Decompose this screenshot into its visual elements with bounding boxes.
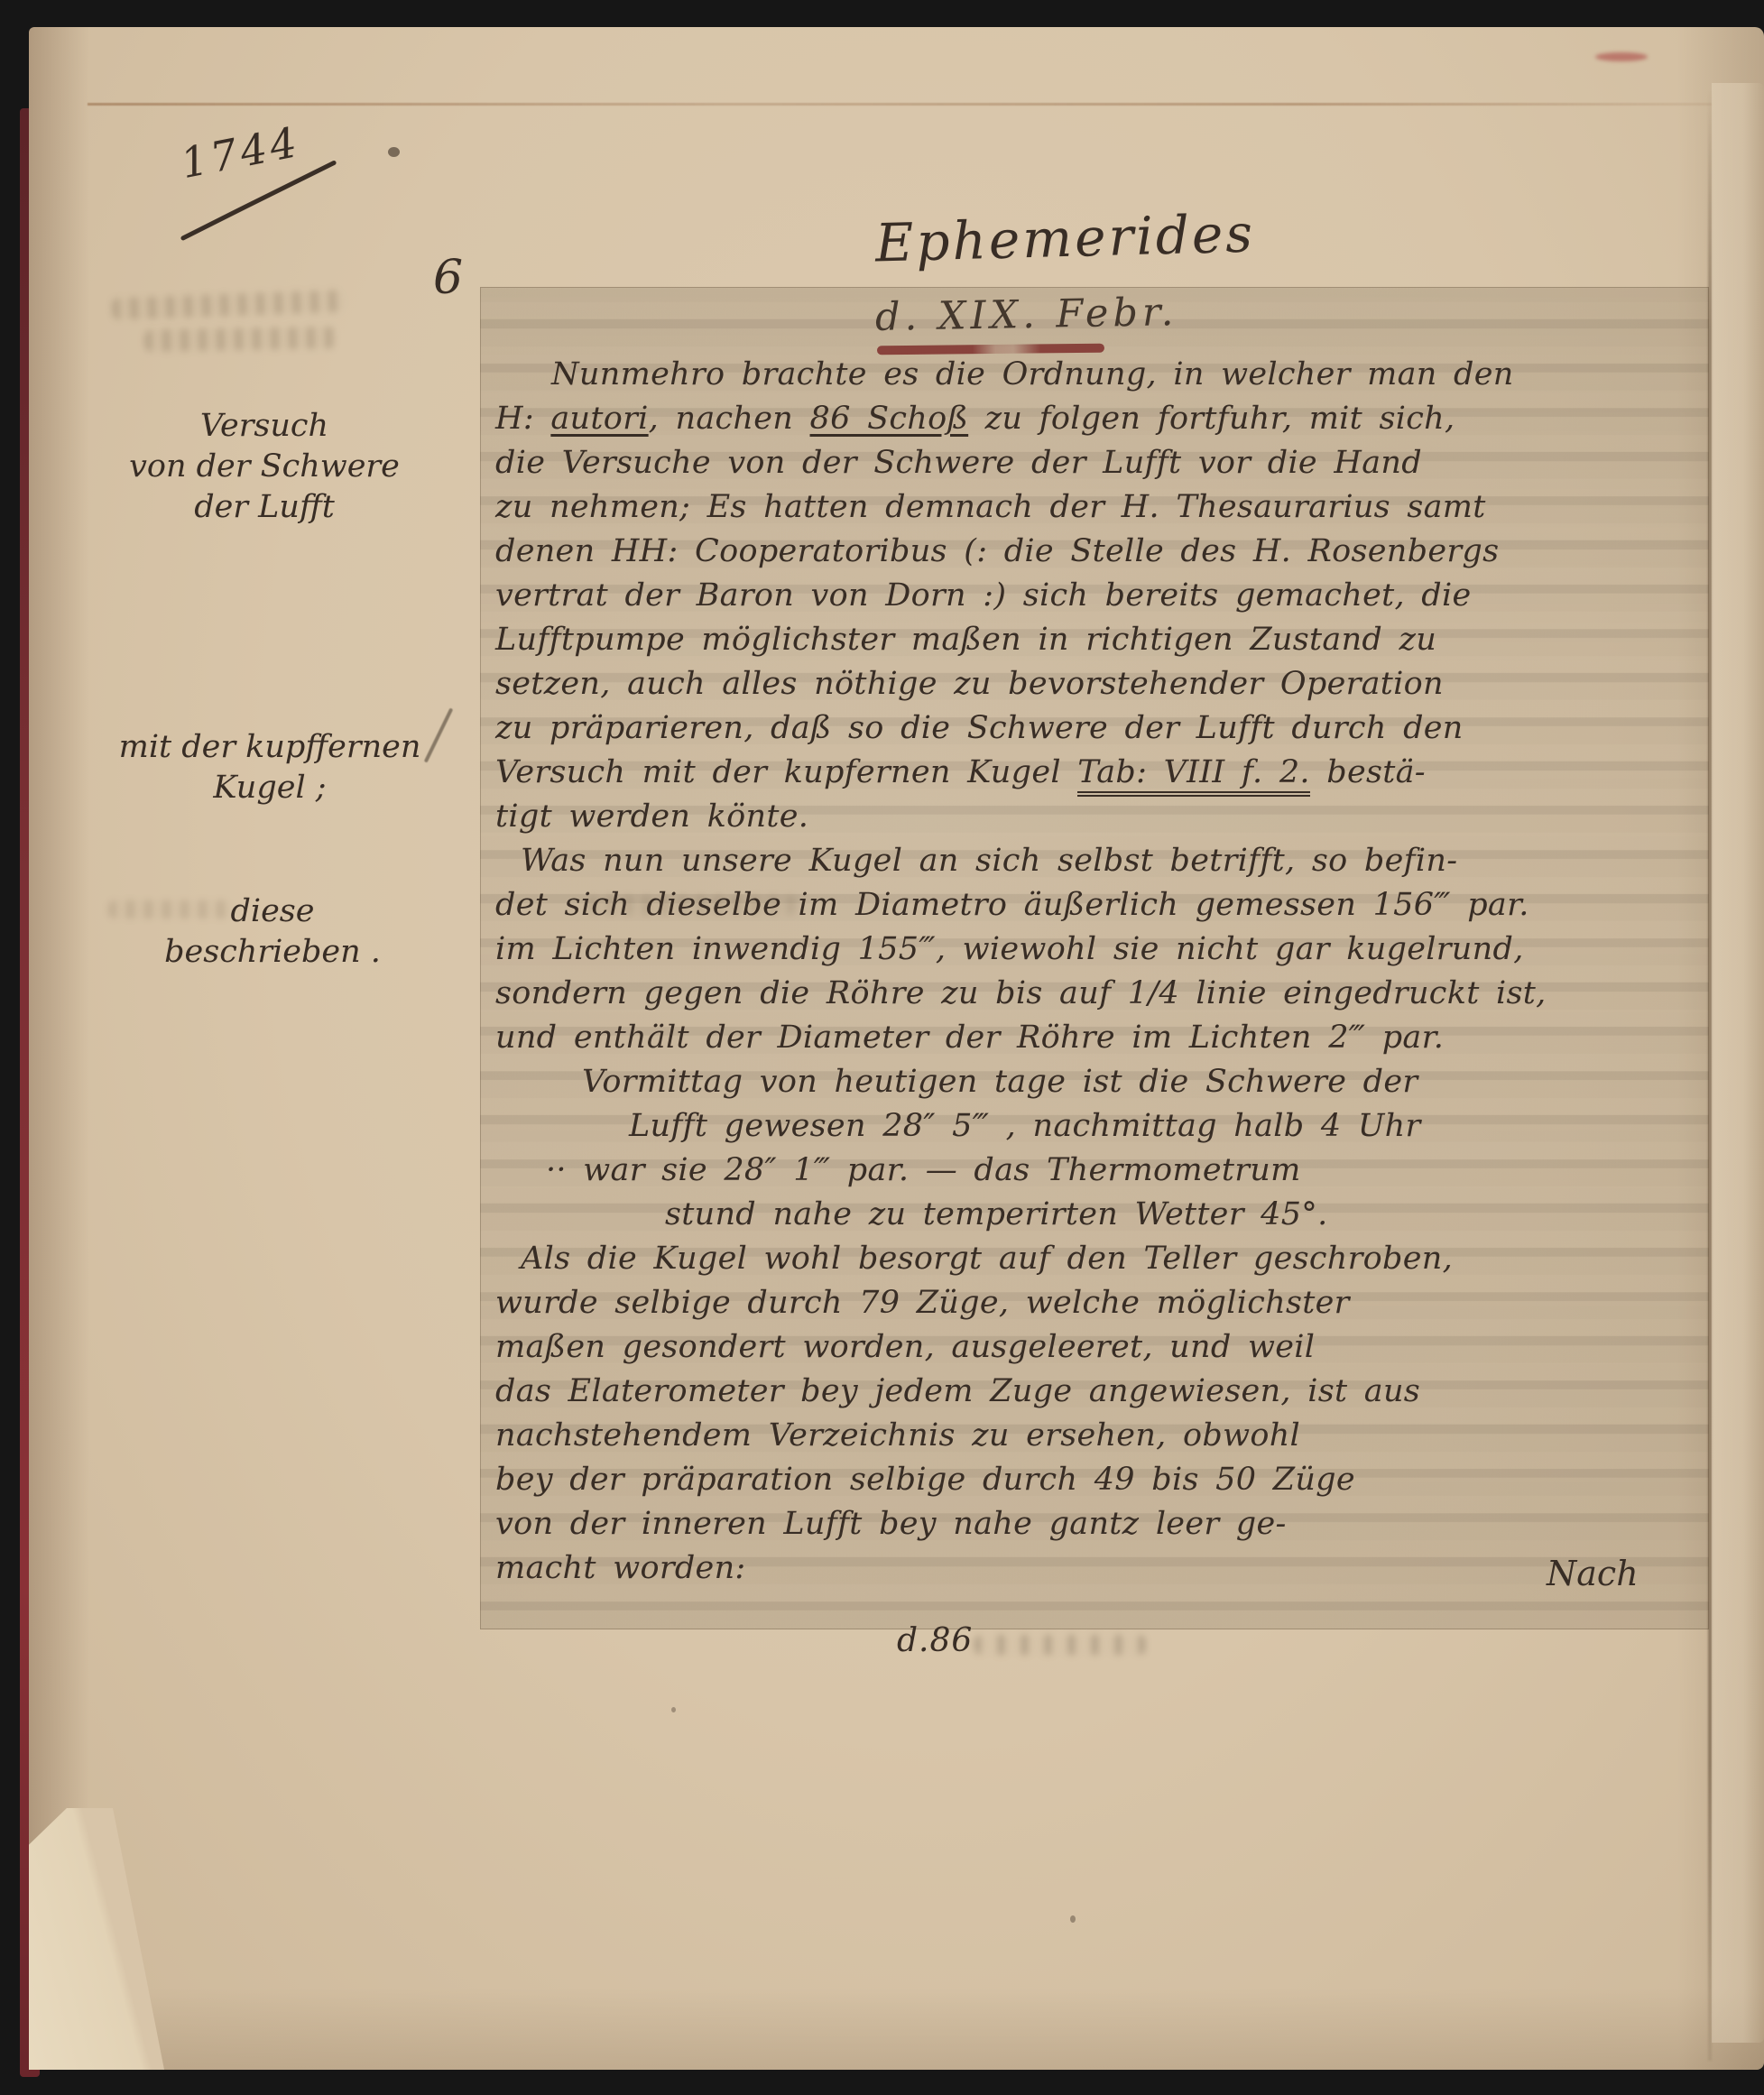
manuscript-line: wurde selbige durch 79 Züge, welche mögl…	[495, 1281, 1692, 1325]
bleedthrough-smudge	[112, 291, 346, 320]
manuscript-line: zu nehmen; Es hatten demnach der H. Thes…	[495, 485, 1692, 530]
margin-note-line: mit der kupffernen	[112, 727, 428, 768]
margin-note-line: Versuch	[115, 406, 413, 447]
text-segment: das Elaterometer bey jedem Zuge angewies…	[495, 1373, 1420, 1409]
text-segment: und enthält der Diameter der Röhre im Li…	[495, 1020, 1444, 1056]
text-segment: bestä-	[1310, 754, 1426, 790]
manuscript-line: tigt werden könte.	[495, 795, 1692, 839]
scanned-manuscript-photo: 1744 6 Ephemerides d. XIX. Febr. Versuch…	[0, 0, 1764, 2095]
margin-note-versuch: Versuchvon der Schwereder Lufft	[115, 406, 413, 528]
text-segment: Lufft gewesen 28″ 5‴ , nachmittag halb 4…	[629, 1108, 1421, 1144]
folio-number: 6	[433, 251, 463, 305]
underlined-phrase: 86 Schoß	[810, 401, 969, 437]
manuscript-line: det sich dieselbe im Diametro äußerlich …	[495, 883, 1692, 928]
bleedthrough-smudge	[974, 1635, 1146, 1655]
text-segment: Vormittag von heutigen tage ist die Schw…	[582, 1064, 1418, 1100]
text-segment: von der inneren Lufft bey nahe gantz lee…	[495, 1506, 1287, 1542]
text-segment: wurde selbige durch 79 Züge, welche mögl…	[495, 1285, 1350, 1321]
manuscript-line: maßen gesondert worden, ausgeleeret, und…	[495, 1325, 1692, 1370]
manuscript-line: nachstehendem Verzeichnis zu ersehen, ob…	[495, 1414, 1692, 1458]
manuscript-line: und enthält der Diameter der Röhre im Li…	[495, 1016, 1692, 1060]
manuscript-line: H: autori, nachen 86 Schoß zu folgen for…	[495, 397, 1692, 441]
margin-note-kugel: mit der kupffernenKugel ;	[112, 727, 428, 808]
text-segment: setzen, auch alles nöthige zu bevorstehe…	[495, 666, 1444, 702]
margin-note-beschrieben: diesebeschrieben .	[137, 891, 408, 973]
text-segment: zu präparieren, daß so die Schwere der L…	[495, 710, 1464, 746]
text-segment: vertrat der Baron von Dorn :) sich berei…	[495, 577, 1472, 614]
text-segment: det sich dieselbe im Diametro äußerlich …	[495, 887, 1529, 923]
manuscript-line: Vormittag von heutigen tage ist die Schw…	[495, 1060, 1692, 1104]
text-segment: tigt werden könte.	[495, 798, 808, 835]
manuscript-line: von der inneren Lufft bey nahe gantz lee…	[495, 1502, 1692, 1546]
text-segment: sondern gegen die Röhre zu bis auf 1/4 l…	[495, 975, 1547, 1011]
manuscript-line: ·· war sie 28″ 1‴ par. — das Thermometru…	[495, 1149, 1692, 1193]
next-page-edge	[1712, 83, 1764, 2043]
manuscript-line: die Versuche von der Schwere der Lufft v…	[495, 441, 1692, 485]
margin-note-line: von der Schwere	[115, 447, 413, 487]
text-segment: Nunmehro brachte es die Ordnung, in welc…	[551, 356, 1514, 392]
underlying-page-edge	[29, 1808, 164, 2070]
text-segment: bey der präparation selbige durch 49 bis…	[495, 1462, 1355, 1498]
margin-note-line: der Lufft	[115, 487, 413, 528]
manuscript-line: Was nun unsere Kugel an sich selbst betr…	[495, 839, 1692, 883]
text-segment: Versuch mit der kupfernen Kugel	[495, 754, 1077, 790]
ink-speck	[671, 1707, 676, 1712]
manuscript-line: Nunmehro brachte es die Ordnung, in welc…	[495, 353, 1692, 397]
text-segment: denen HH: Cooperatoribus (: die Stelle d…	[495, 533, 1499, 569]
underlined-phrase: autori	[550, 401, 648, 437]
manuscript-line: Als die Kugel wohl besorgt auf den Telle…	[495, 1237, 1692, 1281]
manuscript-line: stund nahe zu temperirten Wetter 45°.	[495, 1193, 1692, 1237]
manuscript-line: vertrat der Baron von Dorn :) sich berei…	[495, 574, 1692, 618]
text-segment: Lufftpumpe möglichster maßen in richtige…	[495, 622, 1436, 658]
manuscript-page: 1744 6 Ephemerides d. XIX. Febr. Versuch…	[29, 27, 1764, 2070]
manuscript-line: macht worden:	[495, 1546, 1692, 1591]
text-segment: Als die Kugel wohl besorgt auf den Telle…	[521, 1241, 1453, 1277]
page-title: Ephemerides	[874, 203, 1256, 274]
manuscript-line: Lufft gewesen 28″ 5‴ , nachmittag halb 4…	[495, 1104, 1692, 1149]
text-segment: stund nahe zu temperirten Wetter 45°.	[665, 1196, 1328, 1232]
text-segment: H:	[495, 401, 550, 437]
ink-speck	[1070, 1915, 1076, 1923]
text-segment: ·· war sie 28″ 1‴ par. — das Thermometru…	[546, 1152, 1301, 1188]
manuscript-line: bey der präparation selbige durch 49 bis…	[495, 1458, 1692, 1502]
text-segment: macht worden:	[495, 1550, 746, 1586]
manuscript-line: sondern gegen die Röhre zu bis auf 1/4 l…	[495, 972, 1692, 1016]
manuscript-line: Lufftpumpe möglichster maßen in richtige…	[495, 618, 1692, 662]
ink-speck	[388, 147, 400, 157]
manuscript-line: im Lichten inwendig 155‴, wiewohl sie ni…	[495, 928, 1692, 972]
page-crease-line	[88, 103, 1712, 106]
text-segment: maßen gesondert worden, ausgeleeret, und…	[495, 1329, 1315, 1365]
text-segment: Was nun unsere Kugel an sich selbst betr…	[521, 843, 1457, 879]
text-segment: im Lichten inwendig 155‴, wiewohl sie ni…	[495, 931, 1524, 967]
margin-note-line: beschrieben .	[137, 932, 408, 973]
text-segment: zu nehmen; Es hatten demnach der H. Thes…	[495, 489, 1486, 525]
main-text-block: Nunmehro brachte es die Ordnung, in welc…	[480, 287, 1709, 1629]
margin-pen-stroke	[424, 707, 454, 762]
manuscript-line: Versuch mit der kupfernen Kugel Tab: VII…	[495, 751, 1692, 795]
margin-note-line: diese	[137, 891, 408, 932]
text-segment: nachstehendem Verzeichnis zu ersehen, ob…	[495, 1417, 1300, 1454]
manuscript-line: denen HH: Cooperatoribus (: die Stelle d…	[495, 530, 1692, 574]
year-annotation: 1744	[177, 117, 304, 188]
red-edge-stain	[1595, 52, 1648, 61]
text-segment: , nachen	[649, 401, 810, 437]
manuscript-line: zu präparieren, daß so die Schwere der L…	[495, 706, 1692, 751]
manuscript-line: setzen, auch alles nöthige zu bevorstehe…	[495, 662, 1692, 706]
footer-mark: d.86	[897, 1622, 973, 1659]
catchword: Nach	[1547, 1554, 1639, 1593]
margin-note-line: Kugel ;	[112, 768, 428, 808]
underlined-phrase: Tab: VIII f. 2.	[1077, 754, 1310, 797]
manuscript-line: das Elaterometer bey jedem Zuge angewies…	[495, 1370, 1692, 1414]
text-segment: zu folgen fortfuhr, mit sich,	[968, 401, 1455, 437]
bleedthrough-smudge	[144, 327, 336, 352]
text-segment: die Versuche von der Schwere der Lufft v…	[495, 445, 1422, 481]
